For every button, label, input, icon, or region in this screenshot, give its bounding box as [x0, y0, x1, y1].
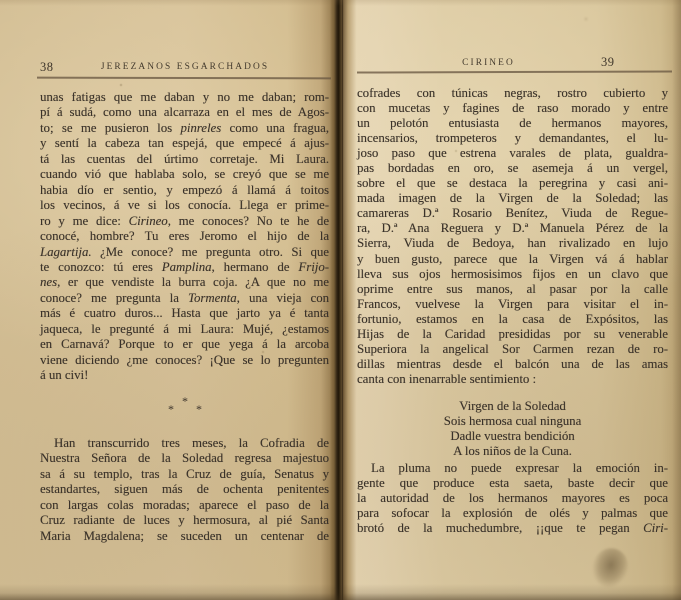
text-line: dillas mientras desde el balcón una de l…: [357, 357, 668, 372]
text-segment: joso paso que estrena varales de plata, …: [357, 146, 668, 160]
text-segment: , hermano de: [212, 260, 299, 274]
text-segment: Sierra, Viuda de Bedoya, han rivalizado …: [357, 236, 668, 250]
text-line: cuando vió que hablaba solo, se creyó qu…: [40, 167, 329, 182]
text-line: camareras D.ª Rosario Benítez, Viuda de …: [357, 206, 668, 221]
text-segment: tá las cuentas del úrtimo corretaje. Mi …: [40, 152, 329, 166]
text-line: jaqueca, le pregunté á mi Laura: Mujé, ¿…: [40, 322, 329, 337]
text-line: mada imagen de la Virgen de la Soledad; …: [357, 191, 668, 206]
text-line: La pluma no puede expresar la emoción in…: [357, 461, 668, 476]
text-line: Francos, vuelvese la Virgen para visitar…: [357, 297, 668, 312]
italic-text: Ciri-: [643, 521, 668, 535]
asterism-divider: * * *: [158, 396, 214, 420]
asterisk-icon: *: [168, 404, 174, 414]
italic-text: Frijo-: [298, 260, 329, 274]
text-segment: y sentí la cabeza tan espejá, que empecé…: [40, 136, 329, 150]
text-line: to; se me pusieron los pinreles como una…: [40, 121, 329, 136]
text-line: habia dío er sentio, y empezó á llamá á …: [40, 183, 329, 198]
italic-text: Lagartija.: [40, 245, 92, 259]
text-line: y sentí la cabeza tan espejá, que empecé…: [40, 136, 329, 151]
text-segment: para sofocar la explosión de olés y palm…: [357, 506, 668, 520]
text-segment: dillas mientras desde el balcón una de l…: [357, 357, 668, 371]
text-segment: ¿Me conoce? me pregunta otro. Si que: [92, 245, 329, 259]
text-line: Nuestra Señora de la Soledad regresa maj…: [40, 451, 329, 466]
text-line: Hijas de la Caridad presididas por su ve…: [357, 327, 668, 342]
asterisk-icon: *: [182, 396, 188, 406]
text-segment: mada imagen de la Virgen de la Soledad; …: [357, 191, 668, 205]
text-segment: brotó de la muchedumbre, ¡¡que te pegan: [357, 521, 643, 535]
text-line: tá las cuentas del úrtimo corretaje. Mi …: [40, 152, 329, 167]
italic-text: pinreles: [180, 121, 221, 135]
text-segment: camareras D.ª Rosario Benítez, Viuda de …: [357, 206, 668, 220]
text-segment: pí á sudá, como una alcarraza en el mes …: [40, 105, 329, 119]
text-line: pí á sudá, como una alcarraza en el mes …: [40, 105, 329, 120]
text-line: los vecinos, á ve si los conocía. Llega …: [40, 198, 329, 213]
text-segment: A los niños de la Cuna.: [453, 444, 572, 458]
text-line: conoce? me pregunta la Tormenta, una vie…: [40, 291, 329, 306]
text-segment: gente que produce esta saeta, baste deci…: [357, 476, 668, 490]
text-segment: cuando vió que hablaba solo, se creyó qu…: [40, 167, 329, 181]
italic-text: Cirineo: [129, 214, 168, 228]
text-segment: oprime entre sus manos, al pasar por la …: [357, 282, 668, 296]
book-spread: 38 JEREZANOS ESGARCHADOS CIRINEO 39 unas…: [0, 0, 681, 600]
book-gutter: [330, 0, 344, 600]
left-paragraph-1: unas fatigas que me daban y no me daban;…: [40, 90, 329, 384]
text-segment: cofrades con túnicas negras, rostro cubi…: [357, 86, 668, 100]
text-line: conocé, hombre? Tu eres Jeromo el hijo d…: [40, 229, 329, 244]
text-line: con largas colas moradas; aparece el pas…: [40, 498, 329, 513]
text-segment: Cruz radiante de luces y hermosura, al p…: [40, 513, 329, 527]
text-segment: con largas colas moradas; aparece el pas…: [40, 498, 329, 512]
text-line: viene diciendo ¿me conoces? ¡Que se lo p…: [40, 353, 329, 368]
text-segment: á un civi!: [40, 368, 88, 382]
text-line: á un civi!: [40, 368, 329, 383]
text-segment: unas fatigas que me daban y no me daban;…: [40, 90, 329, 104]
text-line: un pelotón entusiasta de hermanos mayore…: [357, 116, 668, 131]
text-segment: , una vieja con: [237, 291, 329, 305]
text-segment: más é cuatro duros... Hasta que jarto ya…: [40, 306, 329, 320]
text-line: Superiora la angelical Sor Carmen rezan …: [357, 342, 668, 357]
text-line: Sierra, Viuda de Bedoya, han rivalizado …: [357, 236, 668, 251]
text-line: y buen gusto, parece que la Virgen vá á …: [357, 252, 668, 267]
left-paragraph-2: Han transcurrido tres meses, la Cofradia…: [40, 436, 329, 544]
right-paragraph-1: cofrades con túnicas negras, rostro cubi…: [357, 86, 668, 387]
text-segment: Hijas de la Caridad presididas por su ve…: [357, 327, 668, 341]
text-segment: los vecinos, á ve si los conocía. Llega …: [40, 198, 329, 212]
text-line: para sofocar la explosión de olés y palm…: [357, 506, 668, 521]
text-segment: La pluma no puede expresar la emoción in…: [371, 461, 668, 475]
text-segment: lleva sus ojos hermosisimos fijos en un …: [357, 267, 668, 281]
text-line: cofrades con túnicas negras, rostro cubi…: [357, 86, 668, 101]
text-line: la autoridad de los hermanos mayores es …: [357, 491, 668, 506]
text-line: más é cuatro duros... Hasta que jarto ya…: [40, 306, 329, 321]
text-line: joso paso que estrena varales de plata, …: [357, 146, 668, 161]
page-number-right: 39: [601, 55, 615, 70]
text-line: Cruz radiante de luces y hermosura, al p…: [40, 513, 329, 528]
text-segment: pas bordadas en oro, se asemeja á un ver…: [357, 161, 668, 175]
text-segment: Dadle vuestra bendición: [450, 429, 574, 443]
text-line: ra, D.ª Ana Reguera y D.ª Manuela Pérez …: [357, 221, 668, 236]
asterisk-icon: *: [196, 404, 202, 414]
text-segment: habia dío er sentio, y empezó á llamá á …: [40, 183, 329, 197]
italic-text: Pamplina: [162, 260, 212, 274]
text-segment: te conozco: tú eres: [40, 260, 162, 274]
text-segment: Han transcurrido tres meses, la Cofradia…: [54, 436, 329, 450]
text-line: gente que produce esta saeta, baste deci…: [357, 476, 668, 491]
text-line: ro y me dice: Cirineo, me conoces? No te…: [40, 214, 329, 229]
text-segment: to; se me pusieron los: [40, 121, 180, 135]
text-segment: ra, D.ª Ana Reguera y D.ª Manuela Pérez …: [357, 221, 668, 235]
text-line: oprime entre sus manos, al pasar por la …: [357, 282, 668, 297]
text-segment: canta con inenarrable sentimiento :: [357, 372, 536, 386]
text-segment: conocé, hombre? Tu eres Jeromo el hijo d…: [40, 229, 329, 243]
text-line: sobre el que se destaca la peregrina y c…: [357, 176, 668, 191]
text-segment: un pelotón entusiasta de hermanos mayore…: [357, 116, 668, 130]
text-segment: jaqueca, le pregunté á mi Laura: Mujé, ¿…: [40, 322, 329, 336]
text-line: A los niños de la Cuna.: [357, 444, 668, 459]
text-segment: conoce? me pregunta la: [40, 291, 188, 305]
text-line: Dadle vuestra bendición: [357, 429, 668, 444]
text-segment: , me conoces? No te he de: [168, 214, 329, 228]
text-line: Maria Magdalena; se suceden un centenar …: [40, 529, 329, 544]
text-segment: con mucetas y fagines de raso morado y e…: [357, 101, 668, 115]
text-line: Han transcurrido tres meses, la Cofradia…: [40, 436, 329, 451]
text-segment: la autoridad de los hermanos mayores es …: [357, 491, 668, 505]
text-segment: fortunio, estamos en la casa de Expósito…: [357, 312, 668, 326]
saeta-verse: Virgen de la SoledadSois hermosa cual ni…: [357, 399, 668, 459]
running-title-left: JEREZANOS ESGARCHADOS: [38, 62, 332, 72]
text-line: Virgen de la Soledad: [357, 399, 668, 414]
text-segment: viene diciendo ¿me conoces? ¡Que se lo p…: [40, 353, 329, 367]
text-segment: sobre el que se destaca la peregrina y c…: [357, 176, 668, 190]
text-line: unas fatigas que me daban y no me daban;…: [40, 90, 329, 105]
text-segment: estandartes, siguen más de ochenta penit…: [40, 482, 329, 496]
text-line: lleva sus ojos hermosisimos fijos en un …: [357, 267, 668, 282]
italic-text: nes: [40, 275, 57, 289]
text-segment: Francos, vuelvese la Virgen para visitar…: [357, 297, 668, 311]
text-segment: ro y me dice:: [40, 214, 129, 228]
running-title-right: CIRINEO: [357, 58, 620, 68]
italic-text: Tormenta: [188, 291, 237, 305]
text-segment: incensarios, trompeteros y demandantes, …: [357, 131, 668, 145]
text-segment: Virgen de la Soledad: [459, 399, 566, 413]
text-segment: sa á su templo, tras la Cruz de guía, Se…: [40, 467, 329, 481]
text-line: Lagartija. ¿Me conoce? me pregunta otro.…: [40, 245, 329, 260]
text-line: te conozco: tú eres Pamplina, hermano de…: [40, 260, 329, 275]
text-line: con mucetas y fagines de raso morado y e…: [357, 101, 668, 116]
text-line: sa á su templo, tras la Cruz de guía, Se…: [40, 467, 329, 482]
text-segment: en Carnavá? Porque to er que yega á la a…: [40, 337, 329, 351]
text-segment: y buen gusto, parece que la Virgen vá á …: [357, 252, 668, 266]
text-line: fortunio, estamos en la casa de Expósito…: [357, 312, 668, 327]
text-segment: Nuestra Señora de la Soledad regresa maj…: [40, 451, 329, 465]
right-paragraph-2: La pluma no puede expresar la emoción in…: [357, 461, 668, 536]
text-segment: como una fragua,: [221, 121, 329, 135]
text-line: incensarios, trompeteros y demandantes, …: [357, 131, 668, 146]
text-line: nes, er que vendiste la burra coja. ¿A q…: [40, 275, 329, 290]
text-line: canta con inenarrable sentimiento :: [357, 372, 668, 387]
text-segment: Maria Magdalena; se suceden un centenar …: [40, 529, 329, 543]
text-segment: Sois hermosa cual ninguna: [444, 414, 582, 428]
paper-speckles: [0, 0, 2, 2]
text-line: brotó de la muchedumbre, ¡¡que te pegan …: [357, 521, 668, 536]
text-segment: Superiora la angelical Sor Carmen rezan …: [357, 342, 668, 356]
text-line: estandartes, siguen más de ochenta penit…: [40, 482, 329, 497]
text-segment: , er que vendiste la burra coja. ¿A que …: [57, 275, 329, 289]
text-line: pas bordadas en oro, se asemeja á un ver…: [357, 161, 668, 176]
text-line: en Carnavá? Porque to er que yega á la a…: [40, 337, 329, 352]
text-line: Sois hermosa cual ninguna: [357, 414, 668, 429]
